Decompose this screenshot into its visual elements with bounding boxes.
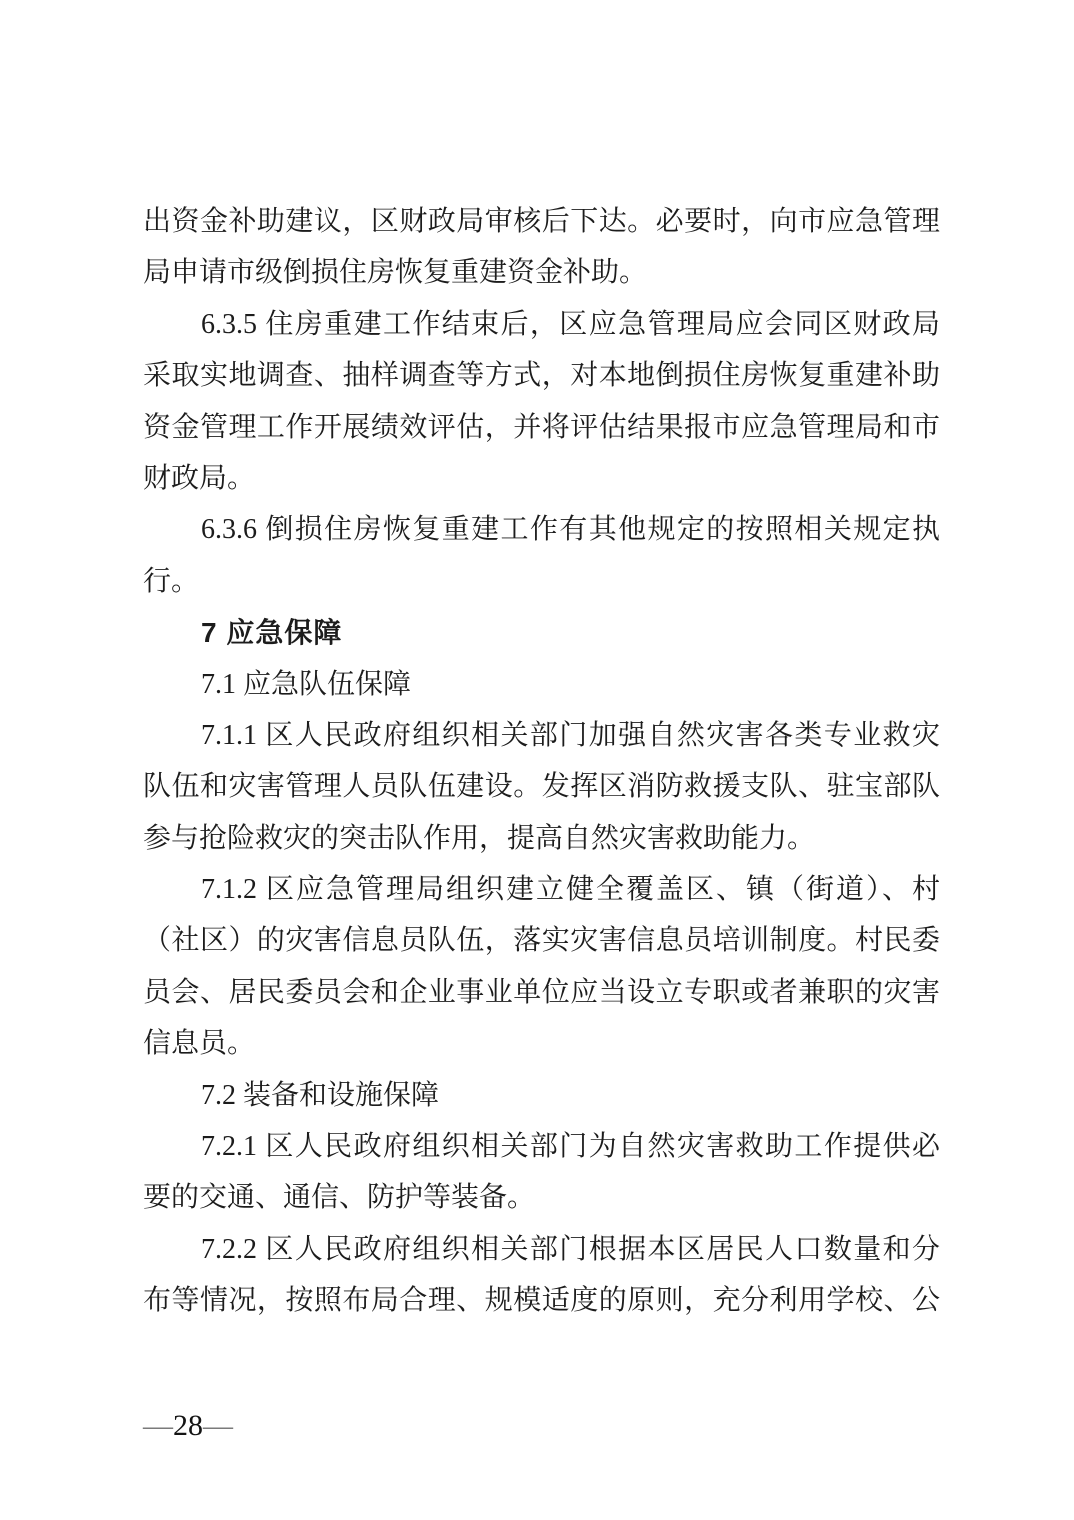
- text-line: 行。: [143, 556, 940, 607]
- text-line: 员会、居民委员会和企业事业单位应当设立专职或者兼职的灾害: [143, 967, 940, 1018]
- text-line: 资金管理工作开展绩效评估，并将评估结果报市应急管理局和市: [143, 402, 940, 453]
- page-number-right-dash: —: [203, 1409, 233, 1442]
- text-line: 6.3.6 倒损住房恢复重建工作有其他规定的按照相关规定执: [143, 504, 940, 555]
- text-line: 参与抢险救灾的突击队作用，提高自然灾害救助能力。: [143, 813, 940, 864]
- text-line: （社区）的灾害信息员队伍，落实灾害信息员培训制度。村民委: [143, 915, 940, 966]
- text-line: 队伍和灾害管理人员队伍建设。发挥区消防救援支队、驻宝部队: [143, 761, 940, 812]
- text-line: 信息员。: [143, 1018, 940, 1069]
- page-number: —28—: [143, 1404, 233, 1448]
- text-line: 局申请市级倒损住房恢复重建资金补助。: [143, 247, 940, 298]
- text-line: 7.1.2 区应急管理局组织建立健全覆盖区、镇（街道）、村: [143, 864, 940, 915]
- chapter-heading-line: 7 应急保障: [143, 607, 940, 658]
- text-line: 7.2.2 区人民政府组织相关部门根据本区居民人口数量和分: [143, 1224, 940, 1275]
- page-number-value: 28: [173, 1409, 203, 1442]
- document-page: 出资金补助建议，区财政局审核后下达。必要时，向市应急管理局申请市级倒损住房恢复重…: [0, 0, 1074, 1520]
- text-line: 采取实地调查、抽样调查等方式，对本地倒损住房恢复重建补助: [143, 350, 940, 401]
- text-line: 要的交通、通信、防护等装备。: [143, 1172, 940, 1223]
- document-body: 出资金补助建议，区财政局审核后下达。必要时，向市应急管理局申请市级倒损住房恢复重…: [143, 196, 940, 1327]
- text-line: 7.2 装备和设施保障: [143, 1070, 940, 1121]
- text-line: 7.2.1 区人民政府组织相关部门为自然灾害救助工作提供必: [143, 1121, 940, 1172]
- text-line: 7.1.1 区人民政府组织相关部门加强自然灾害各类专业救灾: [143, 710, 940, 761]
- text-line: 布等情况，按照布局合理、规模适度的原则，充分利用学校、公: [143, 1275, 940, 1326]
- text-line: 出资金补助建议，区财政局审核后下达。必要时，向市应急管理: [143, 196, 940, 247]
- text-line: 财政局。: [143, 453, 940, 504]
- text-line: 6.3.5 住房重建工作结束后，区应急管理局应会同区财政局: [143, 299, 940, 350]
- page-number-left-dash: —: [143, 1409, 173, 1442]
- text-line: 7.1 应急队伍保障: [143, 659, 940, 710]
